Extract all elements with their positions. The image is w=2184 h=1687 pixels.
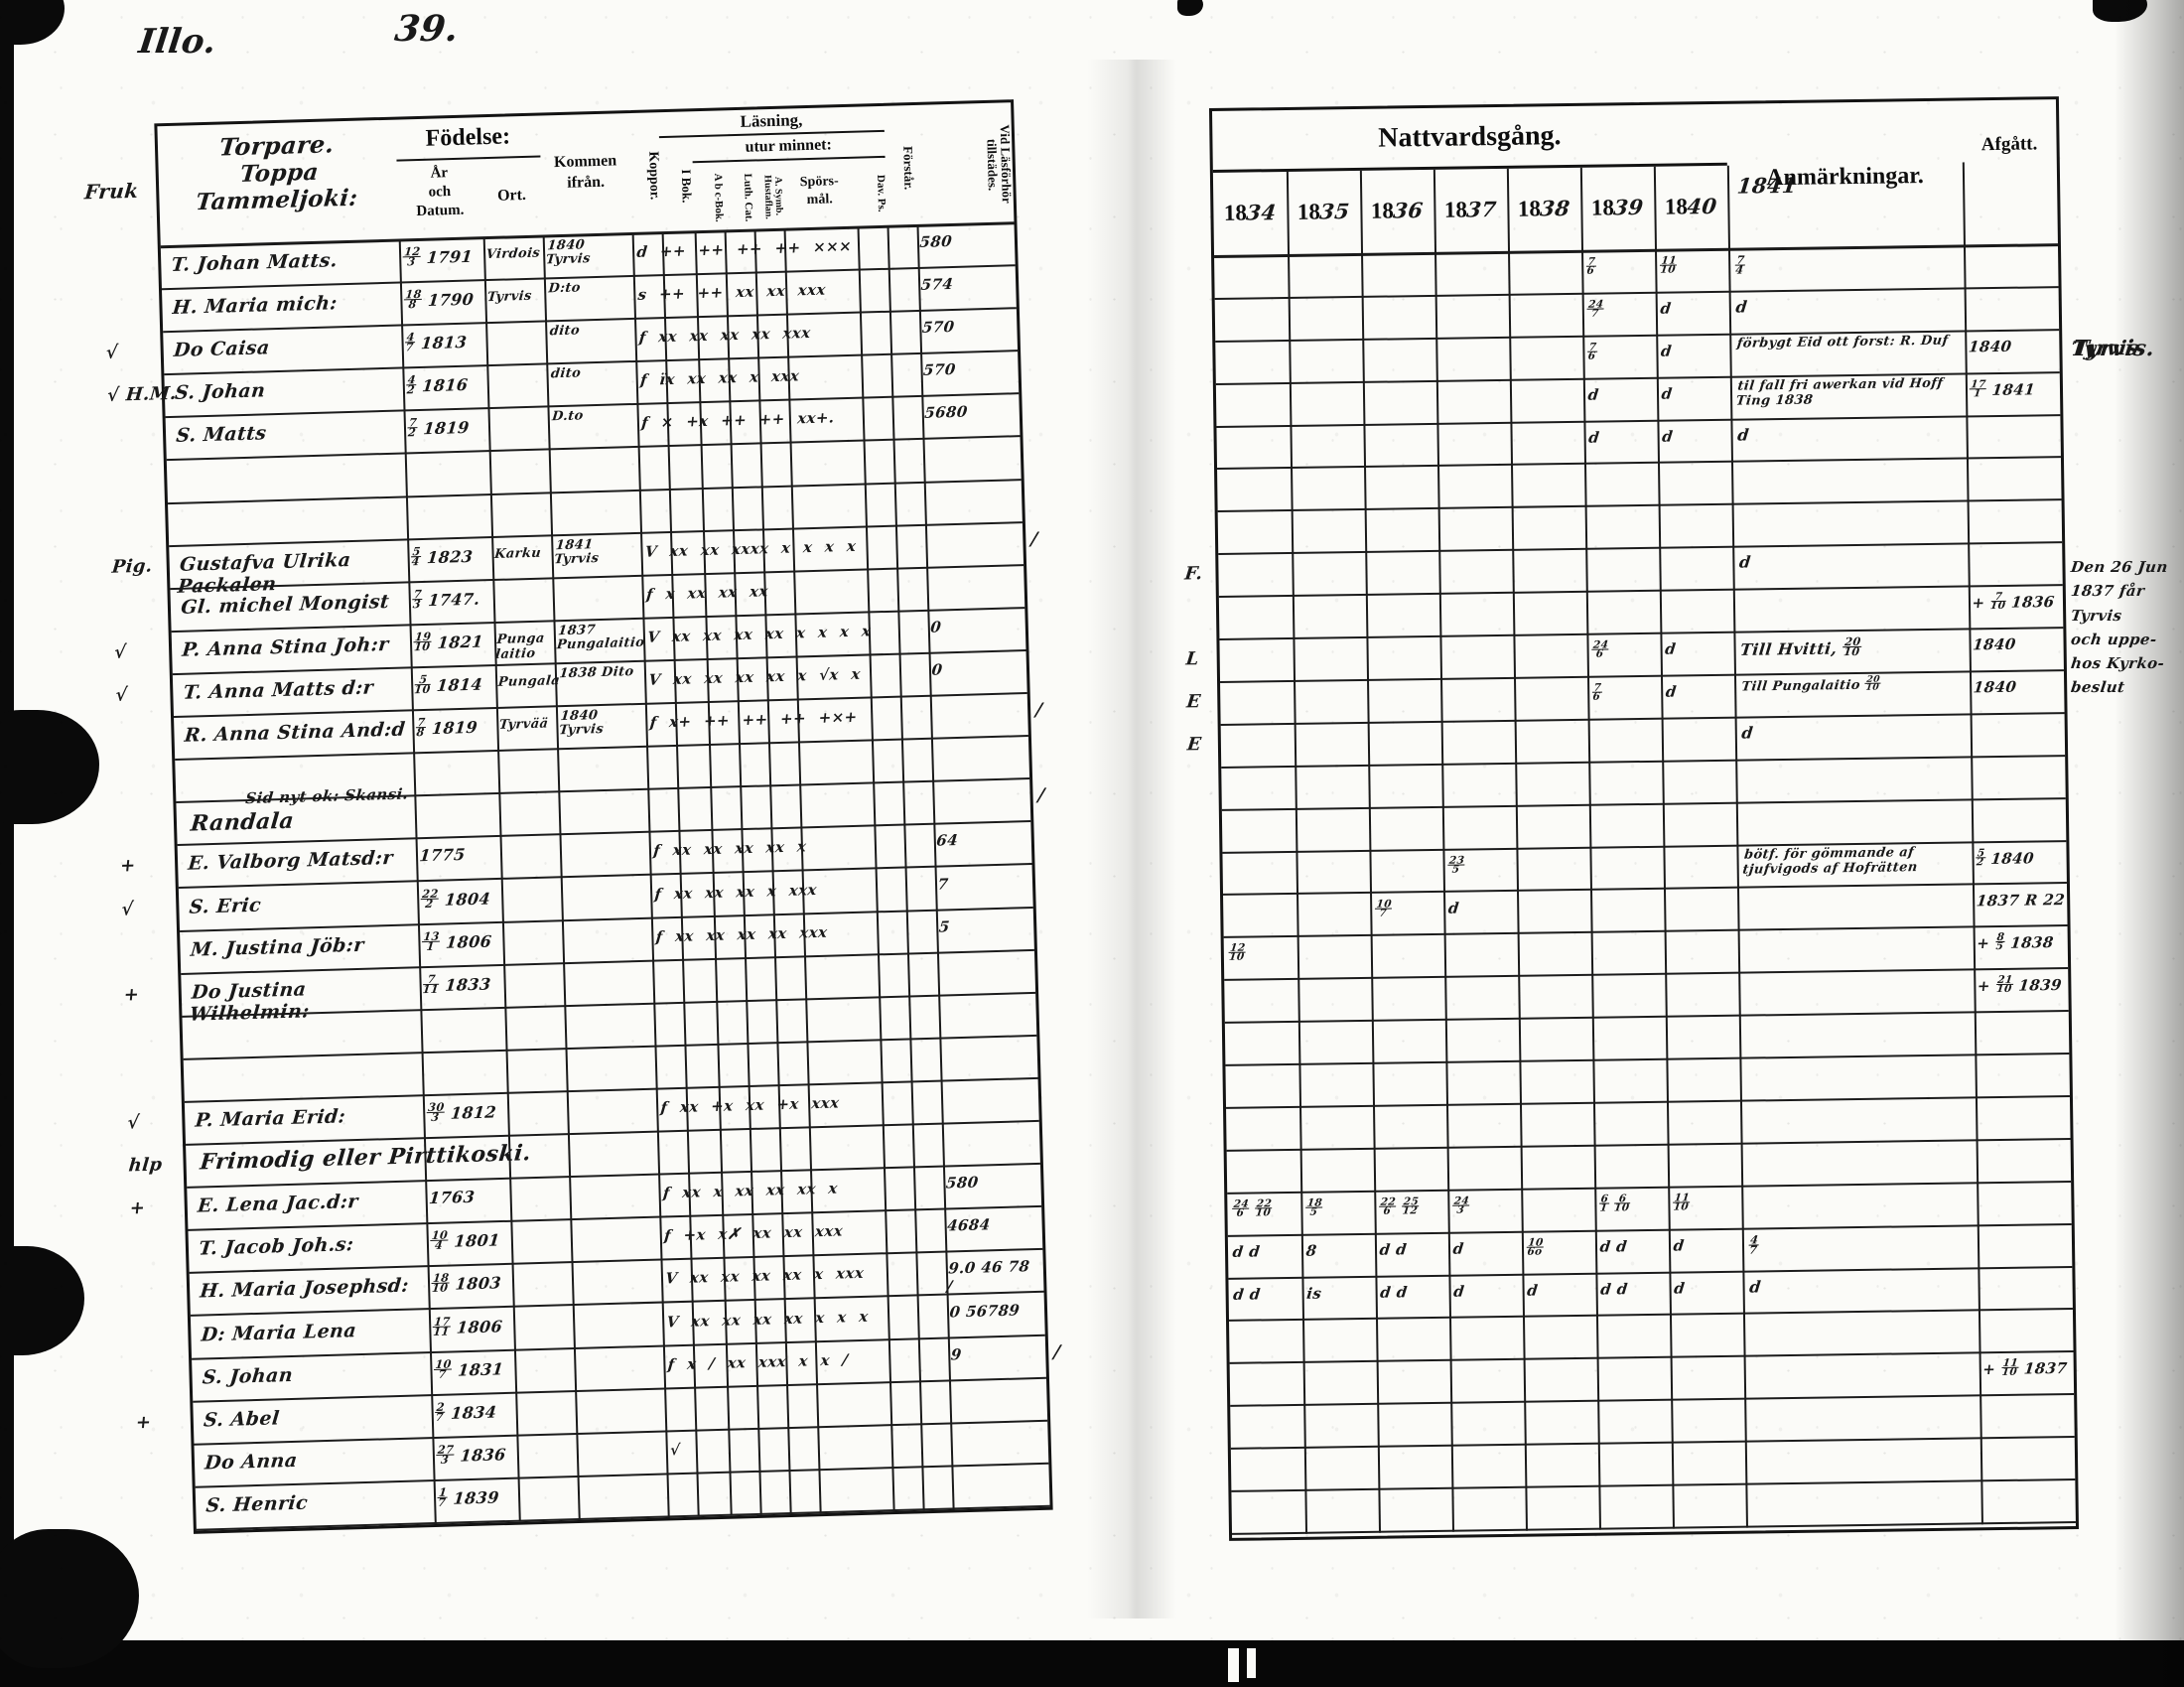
communion-cell: 76 bbox=[1589, 677, 1663, 719]
birthplace-cell: Virdois bbox=[483, 236, 544, 279]
birthplace-cell: Pungala bbox=[495, 664, 556, 707]
name-cell: T. Jacob Joh.s: bbox=[197, 1224, 425, 1272]
year-header-row: 1834183518361837183818391840 bbox=[1213, 166, 1728, 257]
birthdate-cell: 1810 1803 bbox=[429, 1265, 512, 1308]
departed-cell: 52 1840 bbox=[1973, 841, 2086, 883]
row-margin-mark: E bbox=[1185, 691, 1201, 712]
birthdate-cell: 273 1836 bbox=[434, 1436, 517, 1478]
row-margin-mark: √ bbox=[114, 684, 128, 705]
communion-cell: d d bbox=[1597, 1273, 1671, 1315]
name-cell: S. Henric bbox=[204, 1481, 432, 1529]
row-right-tick: / bbox=[1034, 700, 1043, 721]
name-cell: S. Matts bbox=[174, 412, 402, 460]
attendance-cell: 0 bbox=[929, 651, 1024, 695]
header-ort: Ort. bbox=[480, 158, 542, 239]
farm-name-line2: Toppa Tammeljoki: bbox=[157, 156, 400, 216]
remark-cell: d bbox=[1733, 289, 1964, 333]
communion-cell: d bbox=[1659, 420, 1732, 462]
reading-marks: f xx xx xx xx xxx bbox=[654, 911, 936, 959]
arrived-from-cell: dito bbox=[548, 362, 637, 406]
row-margin-mark: √ bbox=[126, 1112, 140, 1133]
reading-marks: f xx +x xx +x xxx bbox=[658, 1082, 940, 1131]
remark-cell: d bbox=[1739, 715, 1970, 759]
communion-cell: 8 bbox=[1303, 1234, 1377, 1276]
birthdate-cell: 54 1823 bbox=[409, 538, 492, 581]
name-cell: E. Valborg Matsd:r bbox=[186, 840, 414, 888]
communion-cell: 1210 bbox=[1226, 937, 1299, 979]
name-cell: P. Anna Stina Joh:r bbox=[180, 626, 408, 673]
attendance-cell: 580 bbox=[917, 223, 1013, 267]
row-margin-mark: + bbox=[123, 984, 140, 1005]
name-cell: Gustafva Ulrika Packalen bbox=[178, 540, 406, 588]
name-cell: Do Justina Wilhelmin: bbox=[190, 968, 418, 1016]
arrived-from-cell: 1840 Tyrvis bbox=[558, 705, 647, 749]
scan-blob-left-mid bbox=[0, 710, 99, 824]
departed-cell: 1840 bbox=[1971, 671, 2084, 713]
farm-header-cell: Torpare. Toppa Tammeljoki: bbox=[157, 120, 398, 248]
reading-marks: V xx xx xxxx x x x x bbox=[643, 526, 925, 575]
attendance-cell: 0 56789 bbox=[947, 1293, 1042, 1336]
communion-cell: 246 2210 bbox=[1229, 1194, 1302, 1235]
header-afgatt: Afgått. bbox=[1962, 99, 2058, 246]
birthdate-cell: 78 1819 bbox=[414, 709, 497, 752]
name-cell: D: Maria Lena bbox=[200, 1311, 428, 1358]
name-cell: Do Caisa bbox=[172, 327, 400, 374]
header-koppor: Koppor. bbox=[628, 116, 661, 234]
reading-marks: f x / xx xxx x x / bbox=[666, 1338, 948, 1387]
remark-cell: d bbox=[1746, 1269, 1977, 1313]
departed-cell: + 85 1838 bbox=[1975, 926, 2088, 968]
communion-cell: 61 610 bbox=[1596, 1188, 1670, 1229]
row-right-tick: / bbox=[1029, 528, 1038, 549]
arrived-from-cell: dito bbox=[547, 320, 636, 363]
communion-cell: d bbox=[1450, 1232, 1524, 1274]
communion-cell: d bbox=[1450, 1275, 1524, 1317]
scan-band-bottom bbox=[0, 1640, 2184, 1687]
year-header: 1835 bbox=[1287, 171, 1361, 256]
scanned-ledger-page: Illo. 39. Torpare. Toppa Tammeljoki: Fru… bbox=[0, 0, 2184, 1687]
communion-cell: is bbox=[1303, 1277, 1377, 1319]
communion-cell: d bbox=[1585, 378, 1659, 420]
birthdate-cell: 72 1819 bbox=[405, 409, 488, 452]
communion-cell: d bbox=[1671, 1229, 1744, 1271]
header-i-bok: I Bok. bbox=[659, 139, 695, 233]
communion-cell: d bbox=[1658, 293, 1731, 335]
birthdate-cell: 510 1814 bbox=[412, 666, 495, 709]
attendance-cell: 570 bbox=[921, 352, 1017, 396]
row-margin-mark: Pig. bbox=[111, 555, 154, 577]
remark-cell: d bbox=[1736, 545, 1967, 589]
communion-cell: 106o bbox=[1524, 1231, 1597, 1273]
name-cell: P. Maria Erid: bbox=[194, 1096, 422, 1144]
arrived-from-cell: D.to bbox=[549, 405, 638, 449]
birthdate-cell: 1763 bbox=[427, 1180, 510, 1222]
name-cell: R. Anna Stina And:d bbox=[183, 711, 411, 759]
reading-marks: f +x x✗ xx xx xxx bbox=[662, 1210, 944, 1259]
departed-cell: + 1110 1837 bbox=[1980, 1352, 2094, 1394]
margin-note-line: Tyrvis bbox=[2070, 605, 2123, 628]
birthdate-cell: 17 1839 bbox=[435, 1479, 518, 1522]
birthdate-cell: 1910 1821 bbox=[411, 624, 494, 666]
scan-slit bbox=[1247, 1648, 1256, 1678]
attendance-cell: 5 bbox=[936, 909, 1031, 952]
header-abc-bok: A b c-Bok. bbox=[693, 164, 725, 232]
communion-cell: 1110 bbox=[1670, 1187, 1743, 1228]
year-header: 1837 bbox=[1433, 169, 1508, 254]
birthdate-cell: 222 1804 bbox=[418, 880, 501, 922]
birthdate-cell: 42 1816 bbox=[404, 366, 487, 409]
header-sporsmal: Spörs- mål. bbox=[782, 161, 858, 230]
reading-marks: f xx xx xx x xxx bbox=[652, 868, 934, 916]
communion-cell: d d bbox=[1230, 1236, 1303, 1278]
reading-marks: s ++ ++ xx xx xxx bbox=[635, 269, 917, 318]
communion-cell: 247 bbox=[1584, 294, 1658, 336]
row-margin-mark: √ H.M. bbox=[106, 383, 178, 406]
reading-marks: V xx xx xx xx x x x bbox=[664, 1296, 946, 1344]
communion-cell: d bbox=[1659, 377, 1732, 419]
row-right-tick: / bbox=[1052, 1341, 1061, 1362]
communion-cell: 226 2512 bbox=[1376, 1192, 1449, 1233]
scan-blob-topcenter bbox=[1177, 0, 1203, 16]
header-tillstades: Vid Läsförhör tillstädes. bbox=[913, 104, 1014, 226]
communion-cell: 107 bbox=[1372, 893, 1445, 934]
page-fold-shadow bbox=[1087, 60, 1176, 1618]
row-margin-mark: √ bbox=[120, 899, 134, 919]
communion-cell: d bbox=[1671, 1272, 1744, 1314]
reading-marks: f ïx xx xx x xxx bbox=[638, 354, 920, 403]
year-header: 1840 bbox=[1654, 166, 1728, 251]
name-cell: S. Johan bbox=[201, 1353, 429, 1401]
attendance-cell: 7 bbox=[935, 866, 1030, 910]
birthplace-cell: Punga laitio bbox=[494, 622, 555, 664]
remark-cell: förbygt Eid ott forst: R. Duf bbox=[1733, 332, 1964, 375]
page-number: 39. bbox=[392, 8, 461, 50]
arrived-from-cell: 1840 Tyrvis bbox=[544, 234, 633, 278]
communion-cell: d bbox=[1658, 336, 1731, 377]
communion-cell: d d bbox=[1377, 1233, 1450, 1275]
birthdate-cell: 104 1801 bbox=[428, 1222, 511, 1265]
header-dav-ps: Dav. Ps. bbox=[856, 160, 887, 228]
row-right-tick: / bbox=[1037, 785, 1046, 806]
remark-cell: d bbox=[1734, 417, 1965, 461]
margin-note-line: 1837 får bbox=[2070, 580, 2146, 603]
remark-cell: til fall fri awerkan vid Hoff Ting 1838 bbox=[1734, 374, 1965, 418]
header-anmarkningar: Anmärkningar. bbox=[1726, 100, 1964, 249]
departed-cell: + 2110 1839 bbox=[1975, 969, 2088, 1011]
birthdate-cell: 1711 1806 bbox=[430, 1308, 513, 1350]
communion-cell: 76 bbox=[1583, 251, 1657, 293]
birthdate-cell: 188 1790 bbox=[402, 281, 485, 324]
top-left-word: Illo. bbox=[137, 22, 219, 62]
margin-note-line: hos Kyrko- bbox=[2070, 652, 2166, 675]
birthdate-cell: 123 1791 bbox=[400, 238, 483, 281]
communion-cell: 1110 bbox=[1657, 250, 1730, 292]
reading-marks: f xx x xx xx xx x bbox=[661, 1168, 943, 1216]
birthdate-cell: 1775 bbox=[417, 837, 500, 880]
year-header: 1838 bbox=[1507, 168, 1581, 253]
communion-cell: d bbox=[1585, 421, 1659, 463]
name-cell: Do Anna bbox=[203, 1439, 431, 1486]
attendance-cell: 570 bbox=[920, 309, 1016, 352]
right-table: Nattvardsgång. 1834183518361837183818391… bbox=[1209, 96, 2079, 1541]
communion-cell: 185 bbox=[1302, 1193, 1376, 1234]
communion-cell: 76 bbox=[1584, 337, 1658, 378]
scan-edge-left bbox=[0, 0, 14, 1687]
attendance-cell: 580 bbox=[944, 1165, 1039, 1208]
header-fodelse: Födelse: bbox=[395, 116, 540, 162]
header-kommen: Kommen ifrån. bbox=[539, 113, 631, 236]
left-table-body: T. Johan Matts.123 1791Virdois1840 Tyrvi… bbox=[161, 223, 1050, 1531]
birthdate-cell: 27 1834 bbox=[433, 1393, 516, 1436]
arrived-from-cell: 1837 Pungalaitio bbox=[555, 620, 644, 663]
row-margin-mark: √ bbox=[113, 641, 127, 662]
attendance-cell: 9 bbox=[948, 1336, 1043, 1379]
row-margin-mark: + bbox=[129, 1197, 146, 1218]
year-header: 1834 bbox=[1213, 172, 1288, 257]
reading-marks: √ bbox=[668, 1424, 950, 1473]
farm-margin-note: Fruk bbox=[83, 179, 140, 205]
reading-marks: V xx xx xx xx x xxx bbox=[663, 1253, 945, 1302]
reading-marks: f × +x ++ ++ xx+. bbox=[639, 397, 921, 446]
year-header: 1836 bbox=[1360, 170, 1434, 255]
header-forstar: Förstår. bbox=[884, 109, 916, 227]
name-cell: M. Justina Jöb:r bbox=[189, 925, 417, 973]
remark-cell: bötf. för gömmande af tjufvigods af Hofr… bbox=[1740, 843, 1971, 887]
row-margin-mark: hlp bbox=[128, 1155, 164, 1177]
margin-note-line: Den 26 Jun bbox=[2070, 556, 2170, 579]
communion-cell: d d bbox=[1377, 1276, 1450, 1318]
scan-blob-left-low bbox=[0, 1246, 84, 1355]
departed-cell: 1837 R 22 bbox=[1974, 884, 2087, 925]
reading-marks: V xx xx xx xx x √x x bbox=[646, 654, 928, 703]
birthdate-cell: 73 1747. bbox=[410, 581, 493, 624]
attendance-cell: 64 bbox=[934, 822, 1029, 866]
row-margin-mark: L bbox=[1185, 648, 1200, 669]
name-cell: T. Anna Matts d:r bbox=[181, 668, 409, 716]
group-note: Sid nyt ok: Skansi. bbox=[244, 785, 409, 808]
name-cell: T. Johan Matts. bbox=[169, 241, 397, 289]
communion-cell: 246 bbox=[1588, 634, 1662, 676]
reading-marks: d ++ ++ ++ ++ ××× bbox=[634, 226, 916, 275]
attendance-cell: 4684 bbox=[945, 1207, 1040, 1251]
communion-cell: d d bbox=[1597, 1230, 1671, 1272]
birthplace-cell: Karku bbox=[492, 536, 553, 579]
departed-cell: + 710 1836 bbox=[1970, 586, 2083, 628]
communion-cell: d d bbox=[1230, 1278, 1303, 1320]
header-luth-cat: Luth. Cat. bbox=[723, 164, 754, 232]
margin-note-line: och uppe- bbox=[2070, 629, 2158, 651]
attendance-cell: 9.0 46 78 / bbox=[946, 1250, 1041, 1294]
row-margin-mark: F. bbox=[1183, 563, 1203, 584]
reading-marks: V xx xx xx xx x x x x bbox=[645, 612, 927, 660]
remark-cell: Till Pungalaitio 2010 bbox=[1738, 672, 1969, 716]
name-cell: H. Maria mich: bbox=[171, 284, 399, 332]
right-table-body: 76111074247dd76dförbygt Eid ott forst: R… bbox=[1214, 245, 2076, 1535]
communion-cell: d bbox=[1662, 633, 1735, 675]
right-margin-vertical-note: Den 26 Jun1837 fårTyrvisoch uppe-hos Kyr… bbox=[2071, 556, 2184, 701]
departed-cell: 171 1841 bbox=[1967, 373, 2080, 415]
arrived-from-cell: D:to bbox=[545, 277, 634, 321]
name-cell: S. Abel bbox=[202, 1396, 430, 1444]
row-margin-mark: E bbox=[1186, 734, 1202, 755]
farm-name-line1: Torpare. bbox=[218, 129, 336, 161]
scan-slit bbox=[1228, 1648, 1239, 1682]
birthplace-cell: Tyrvää bbox=[497, 707, 558, 750]
birthdate-cell: 107 1831 bbox=[432, 1350, 515, 1393]
margin-note-line: beslut bbox=[2070, 676, 2126, 699]
group-title: Frimodig eller Pirttikoski. bbox=[199, 1140, 532, 1175]
left-table: Torpare. Toppa Tammeljoki: Fruk Födelse:… bbox=[154, 99, 1052, 1534]
name-cell: H. Maria Josephsd: bbox=[198, 1268, 426, 1316]
row-margin-mark: + bbox=[135, 1412, 152, 1433]
communion-cell: d bbox=[1663, 676, 1736, 718]
margin-note-tyrvis: Tyrvis. bbox=[2071, 336, 2156, 361]
departed-cell: 1840 bbox=[1970, 629, 2083, 670]
reading-marks: f x xx xx xx bbox=[644, 569, 926, 618]
arrived-from-cell: 1838 Dito bbox=[556, 662, 645, 706]
name-cell: S. Eric bbox=[187, 883, 415, 930]
header-symb-hustaflan: A. Symb. Hustaflan. bbox=[752, 163, 784, 231]
reading-marks: f xx xx xx xx xxx bbox=[637, 312, 919, 360]
communion-cell: d bbox=[1445, 892, 1519, 933]
name-cell: E. Lena Jac.d:r bbox=[196, 1182, 424, 1229]
departed-cell: 1840 bbox=[1966, 331, 2079, 372]
reading-marks: f x+ ++ ++ ++ +×+ bbox=[647, 697, 929, 746]
communion-cell: 243 bbox=[1449, 1191, 1523, 1232]
birthdate-cell: 303 1812 bbox=[424, 1094, 507, 1137]
remark-cell: 74 bbox=[1732, 246, 1963, 290]
birthdate-cell: 131 1806 bbox=[420, 922, 503, 965]
row-margin-mark: √ bbox=[105, 343, 119, 363]
header-nattvardsgang: Nattvardsgång. bbox=[1212, 104, 1727, 173]
remark-cell: Till Hvitti, 2010 bbox=[1737, 631, 1968, 674]
row-margin-mark: + bbox=[119, 856, 136, 877]
reading-marks: f xx xx xx xx x bbox=[651, 825, 933, 874]
birthdate-cell: 711 1833 bbox=[421, 966, 504, 1009]
scan-edge-right bbox=[2115, 0, 2184, 1687]
attendance-cell: 574 bbox=[918, 266, 1014, 310]
birthplace-cell: Tyrvis bbox=[485, 280, 546, 323]
attendance-cell: 0 bbox=[928, 609, 1024, 652]
arrived-from-cell: 1841 Tyrvis bbox=[553, 533, 642, 577]
birthdate-cell: 47 1813 bbox=[403, 324, 486, 366]
year-header: 1839 bbox=[1580, 167, 1655, 252]
scan-blob-topleft bbox=[0, 0, 65, 45]
communion-cell: 235 bbox=[1444, 849, 1518, 891]
communion-cell: d bbox=[1524, 1274, 1597, 1316]
remark-cell: 47 bbox=[1746, 1226, 1977, 1270]
name-cell: Gl. michel Mongist bbox=[179, 583, 407, 631]
attendance-cell: 5680 bbox=[922, 395, 1018, 439]
group-title: Randala bbox=[190, 808, 296, 837]
header-ar-datum: År och Datum. bbox=[396, 159, 482, 240]
name-cell: S. Johan bbox=[173, 369, 401, 417]
header-utur-minnet: utur minnet: bbox=[692, 132, 886, 163]
